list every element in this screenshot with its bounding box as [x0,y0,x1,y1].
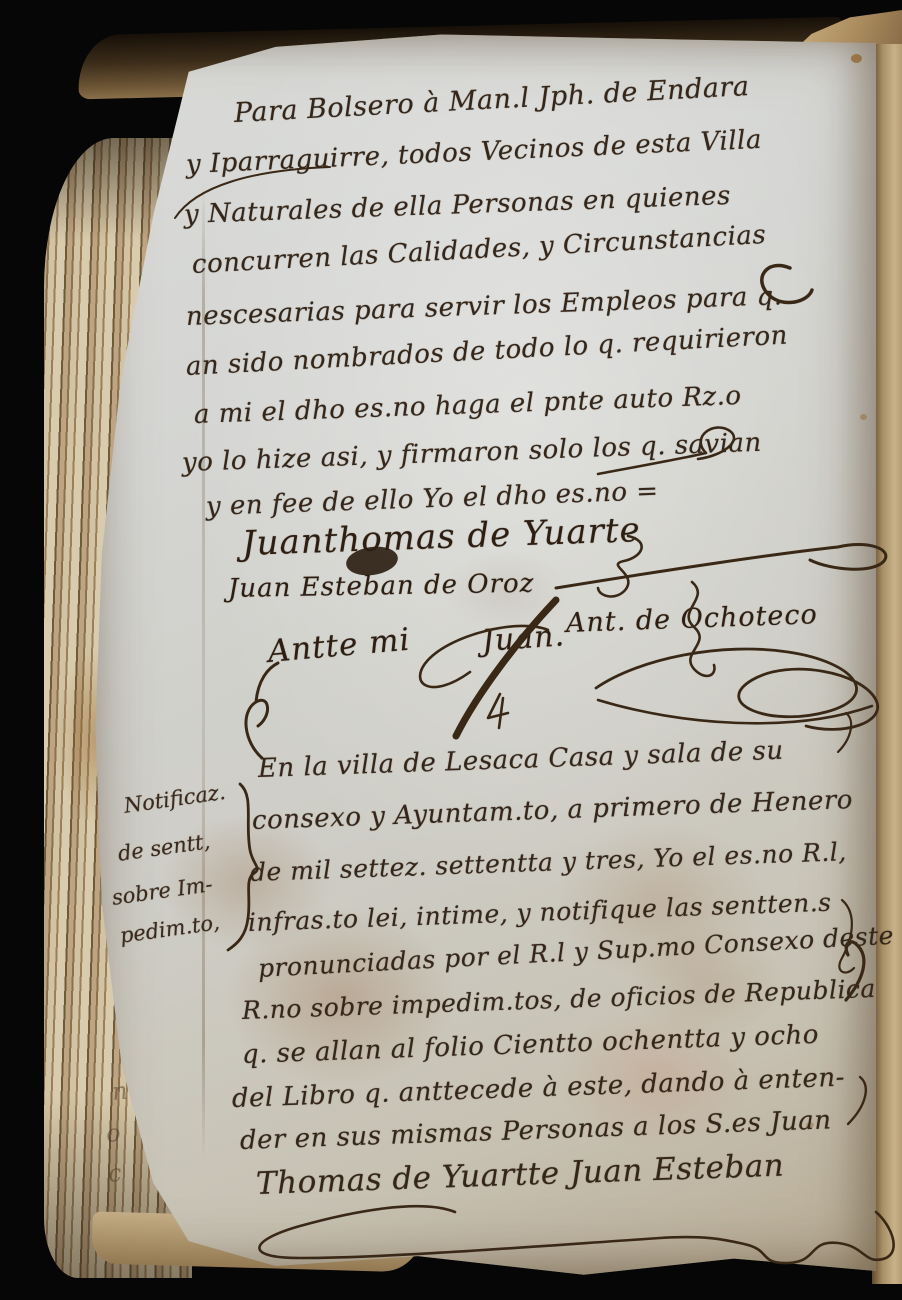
manuscript-photo: n o c Para Bolsero à Man.l Jph. de Endar… [0,0,902,1300]
book-next-page-edge [872,44,902,1284]
under-page-ghost-letter: c [107,1159,124,1188]
under-page-ghost-letter: n [111,1076,130,1106]
under-page-ghost-letter: o [105,1119,123,1148]
foxing-spot [860,414,867,420]
signature-juan-esteban-de-oroz: Juan Esteban de Oroz [228,569,535,604]
signature-notary-first-name: Juan. [481,618,566,659]
foxing-spot [851,54,862,63]
